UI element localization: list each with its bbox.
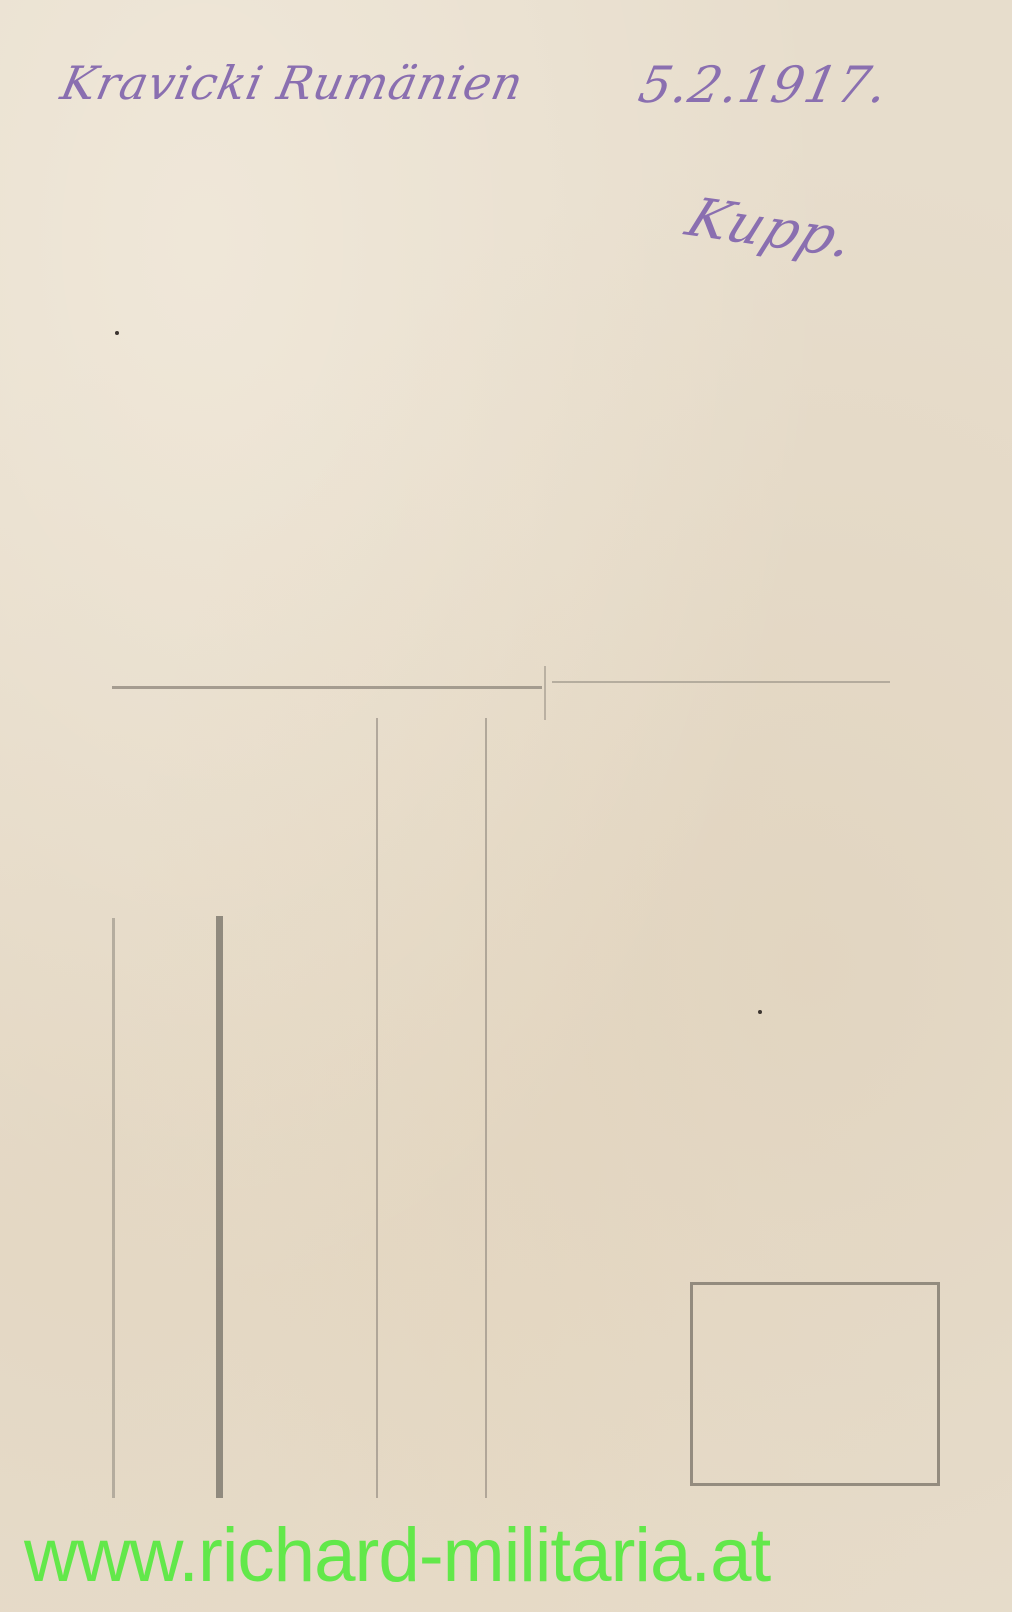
address-line-3 — [376, 718, 378, 1498]
divider-line-left — [112, 686, 542, 689]
watermark-url: www.richard-militaria.at — [24, 1518, 770, 1594]
handwritten-date: 5.2.1917. — [634, 56, 894, 114]
address-line-2 — [216, 916, 223, 1498]
paper-speck — [115, 331, 119, 335]
handwritten-place: Kravicki Rumänien — [56, 56, 528, 110]
address-line-1 — [112, 918, 115, 1498]
divider-tick — [544, 666, 546, 720]
handwritten-signature: Kupp. — [678, 186, 866, 269]
address-line-4 — [485, 718, 487, 1498]
divider-line-right — [552, 681, 890, 683]
postcard-back: Kravicki Rumänien 5.2.1917. Kupp. www.ri… — [0, 0, 1012, 1612]
stamp-box — [690, 1282, 940, 1486]
paper-speck — [758, 1010, 762, 1014]
